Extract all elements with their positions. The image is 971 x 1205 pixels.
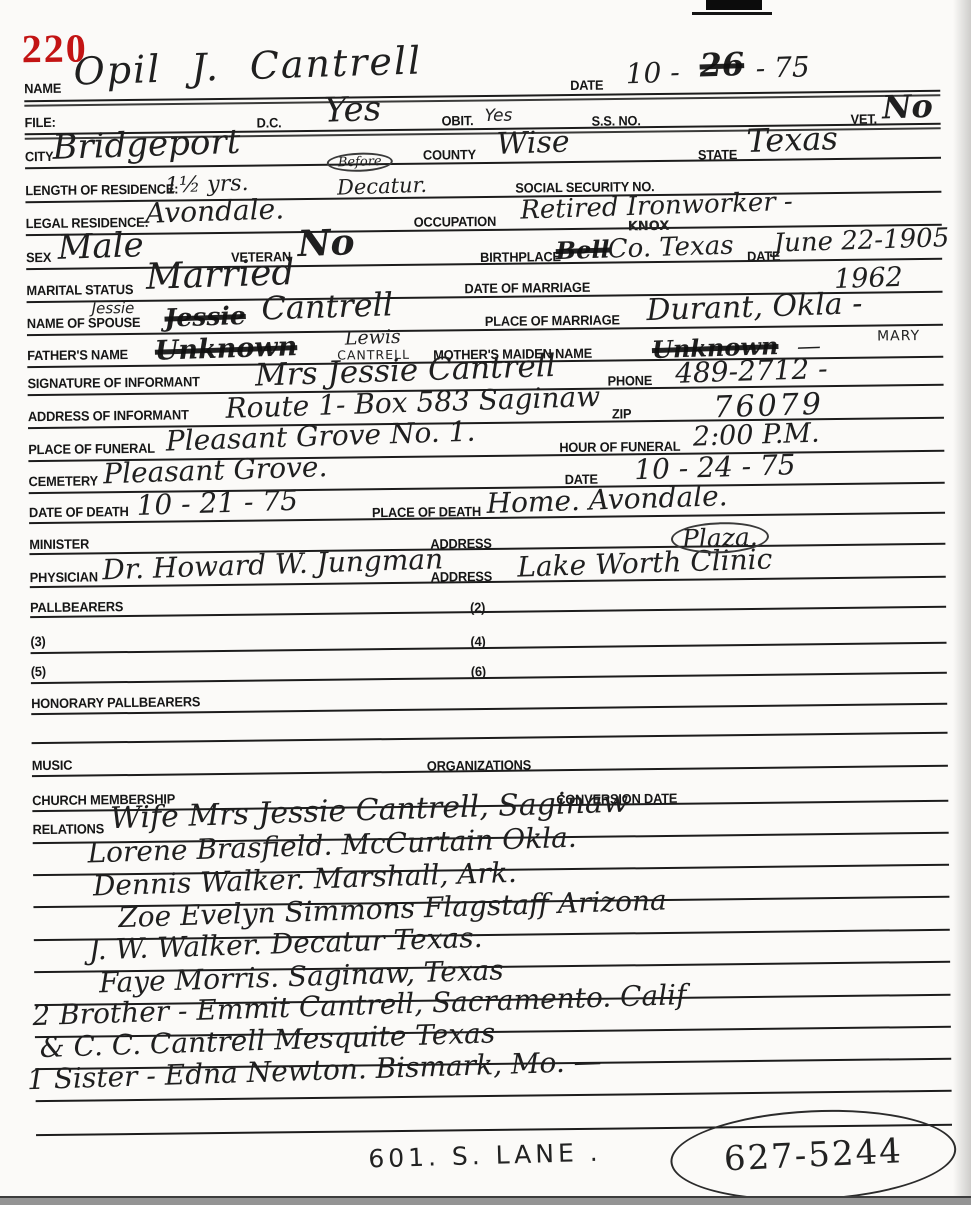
- legal-residence-value: Avondale.: [145, 195, 285, 227]
- death-place-value: Home. Avondale.: [486, 482, 728, 518]
- pallbearer-5-label: (5): [31, 664, 46, 679]
- vet-value: No: [882, 90, 934, 124]
- state-value: Texas: [746, 122, 838, 157]
- obit-label: OBIT.: [441, 113, 473, 128]
- mother-above-note: MARY: [877, 329, 920, 343]
- form-rule: [36, 1090, 952, 1103]
- death-date-label: DATE OF DEATH: [29, 504, 129, 520]
- sex-value: Male: [57, 228, 144, 265]
- date-value-left: 10 -: [625, 59, 680, 89]
- spouse-struck: Jessie: [164, 303, 246, 331]
- city-label: CITY: [25, 149, 54, 164]
- funeral-record-card: 220 NAME Opil J. Cantrell DATE 10 - 26 -…: [0, 0, 971, 1205]
- residence-value2: Decatur.: [337, 175, 428, 199]
- music-label: MUSIC: [32, 758, 73, 773]
- birthdate-value: June 22-1905: [773, 225, 949, 257]
- sex-label: SEX: [26, 250, 51, 265]
- form-rule: [31, 642, 947, 655]
- county-label: COUNTY: [423, 147, 476, 163]
- marriage-date-label: DATE OF MARRIAGE: [464, 280, 590, 296]
- funeral-hour-value: 2:00 P.M.: [692, 420, 820, 451]
- date-label: DATE: [570, 78, 603, 93]
- scan-bottom-edge: [0, 1196, 971, 1205]
- residence-circled-note: Before: [327, 152, 393, 173]
- father-above-script: Lewis: [345, 328, 402, 349]
- footer-address: 601. S. LANE .: [368, 1140, 602, 1172]
- physician-value: Dr. Howard W. Jungman: [102, 545, 444, 584]
- spouse-value: Cantrell: [261, 288, 394, 324]
- birthplace-value: Co. Texas: [607, 233, 734, 263]
- county-value: Wise: [496, 127, 570, 159]
- physician-circled-note: Plaza.: [670, 521, 769, 555]
- name-value: Opil J. Cantrell: [73, 41, 423, 90]
- cemetery-label: CEMETERY: [29, 473, 98, 489]
- physician-label: PHYSICIAN: [30, 569, 98, 585]
- relations-label: RELATIONS: [32, 821, 104, 837]
- marriage-place-label: PLACE OF MARRIAGE: [485, 312, 620, 329]
- form-rule: [31, 672, 947, 685]
- informant-signature-label: SIGNATURE OF INFORMANT: [27, 374, 199, 391]
- occupation-label: OCCUPATION: [414, 214, 497, 230]
- father-name-label: FATHER'S NAME: [27, 347, 128, 363]
- birthplace-struck: Bell: [555, 237, 610, 263]
- scan-edge-shadow: [953, 0, 971, 1205]
- name-label: NAME: [24, 81, 61, 96]
- city-value: Bridgeport: [52, 125, 241, 165]
- veteran-value: No: [297, 224, 355, 262]
- obit-value: Yes: [484, 108, 512, 125]
- form-layer: 220 NAME Opil J. Cantrell DATE 10 - 26 -…: [0, 0, 971, 1205]
- redaction-underline: [692, 12, 772, 15]
- dc-value: Yes: [324, 92, 382, 128]
- dc-label: D.C.: [256, 115, 281, 130]
- pallbearer-3-label: (3): [30, 634, 45, 649]
- marital-status-label: MARITAL STATUS: [26, 282, 133, 298]
- form-rule: [24, 90, 940, 103]
- funeral-place-label: PLACE OF FUNERAL: [28, 441, 155, 457]
- form-rule: [30, 606, 946, 619]
- informant-address-label: ADDRESS OF INFORMANT: [28, 407, 189, 424]
- birthplace-above-note: KNOX: [628, 220, 670, 233]
- spouse-label: NAME OF SPOUSE: [27, 315, 141, 331]
- zip-label: ZIP: [612, 406, 632, 421]
- honorary-pallbearers-label: HONORARY PALLBEARERS: [31, 694, 200, 711]
- death-date-value: 10 - 21 - 75: [136, 487, 298, 520]
- redaction-mark: [706, 0, 762, 10]
- footer-phone: 627-5244: [723, 1134, 903, 1176]
- date-value-struck: 26: [699, 48, 745, 81]
- footer-phone-circle: 627-5244: [668, 1104, 958, 1205]
- phone-value: 489-2712 -: [675, 355, 828, 388]
- pallbearers-label: PALLBEARERS: [30, 599, 123, 615]
- date-value-right: - 75: [755, 53, 810, 83]
- form-rule: [32, 732, 948, 745]
- marriage-place-value: Durant, Okla -: [646, 289, 863, 326]
- minister-label: MINISTER: [29, 536, 89, 552]
